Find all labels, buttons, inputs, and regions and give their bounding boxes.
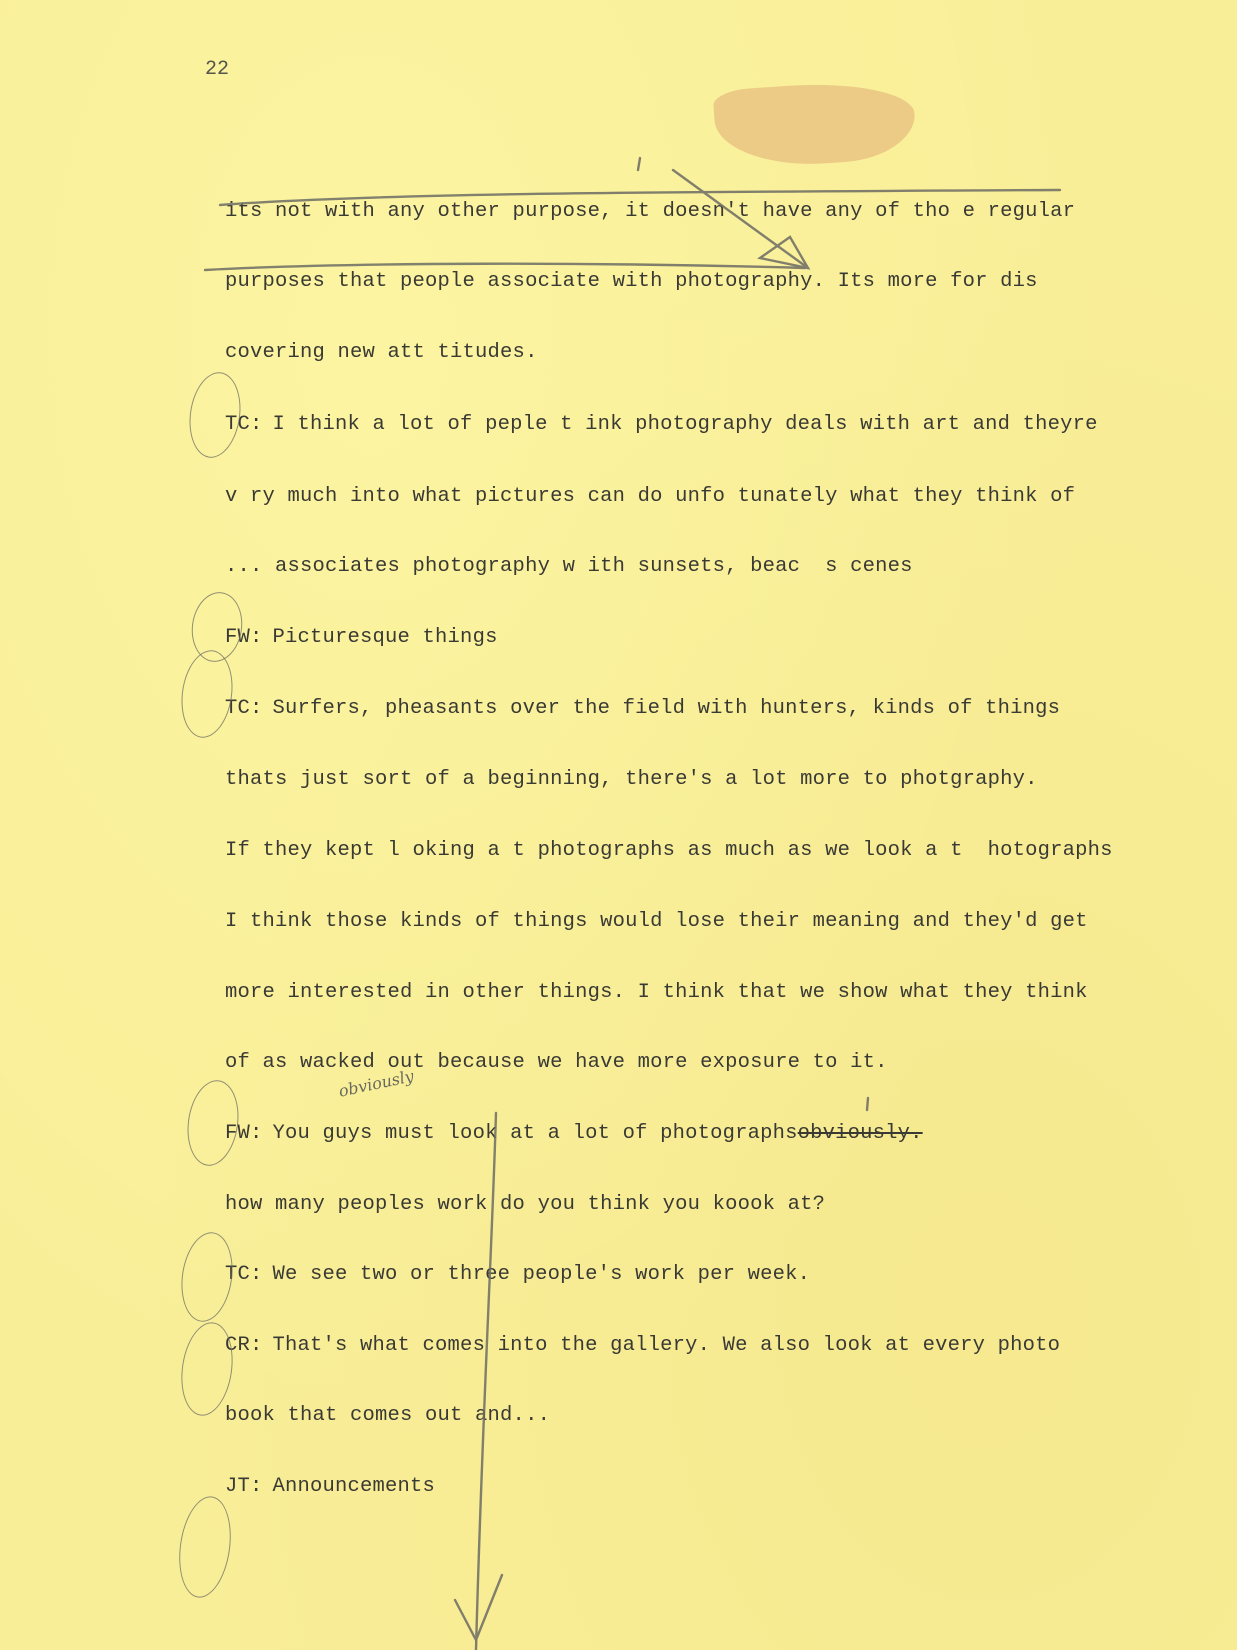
pencil-tick (638, 158, 640, 170)
pencil-markings (0, 0, 1237, 1650)
pencil-tick (867, 1098, 868, 1110)
strike-line-2 (205, 264, 805, 270)
vertical-line (476, 1113, 496, 1650)
arrow-shaft (673, 170, 808, 268)
strike-line-1 (220, 190, 1060, 205)
